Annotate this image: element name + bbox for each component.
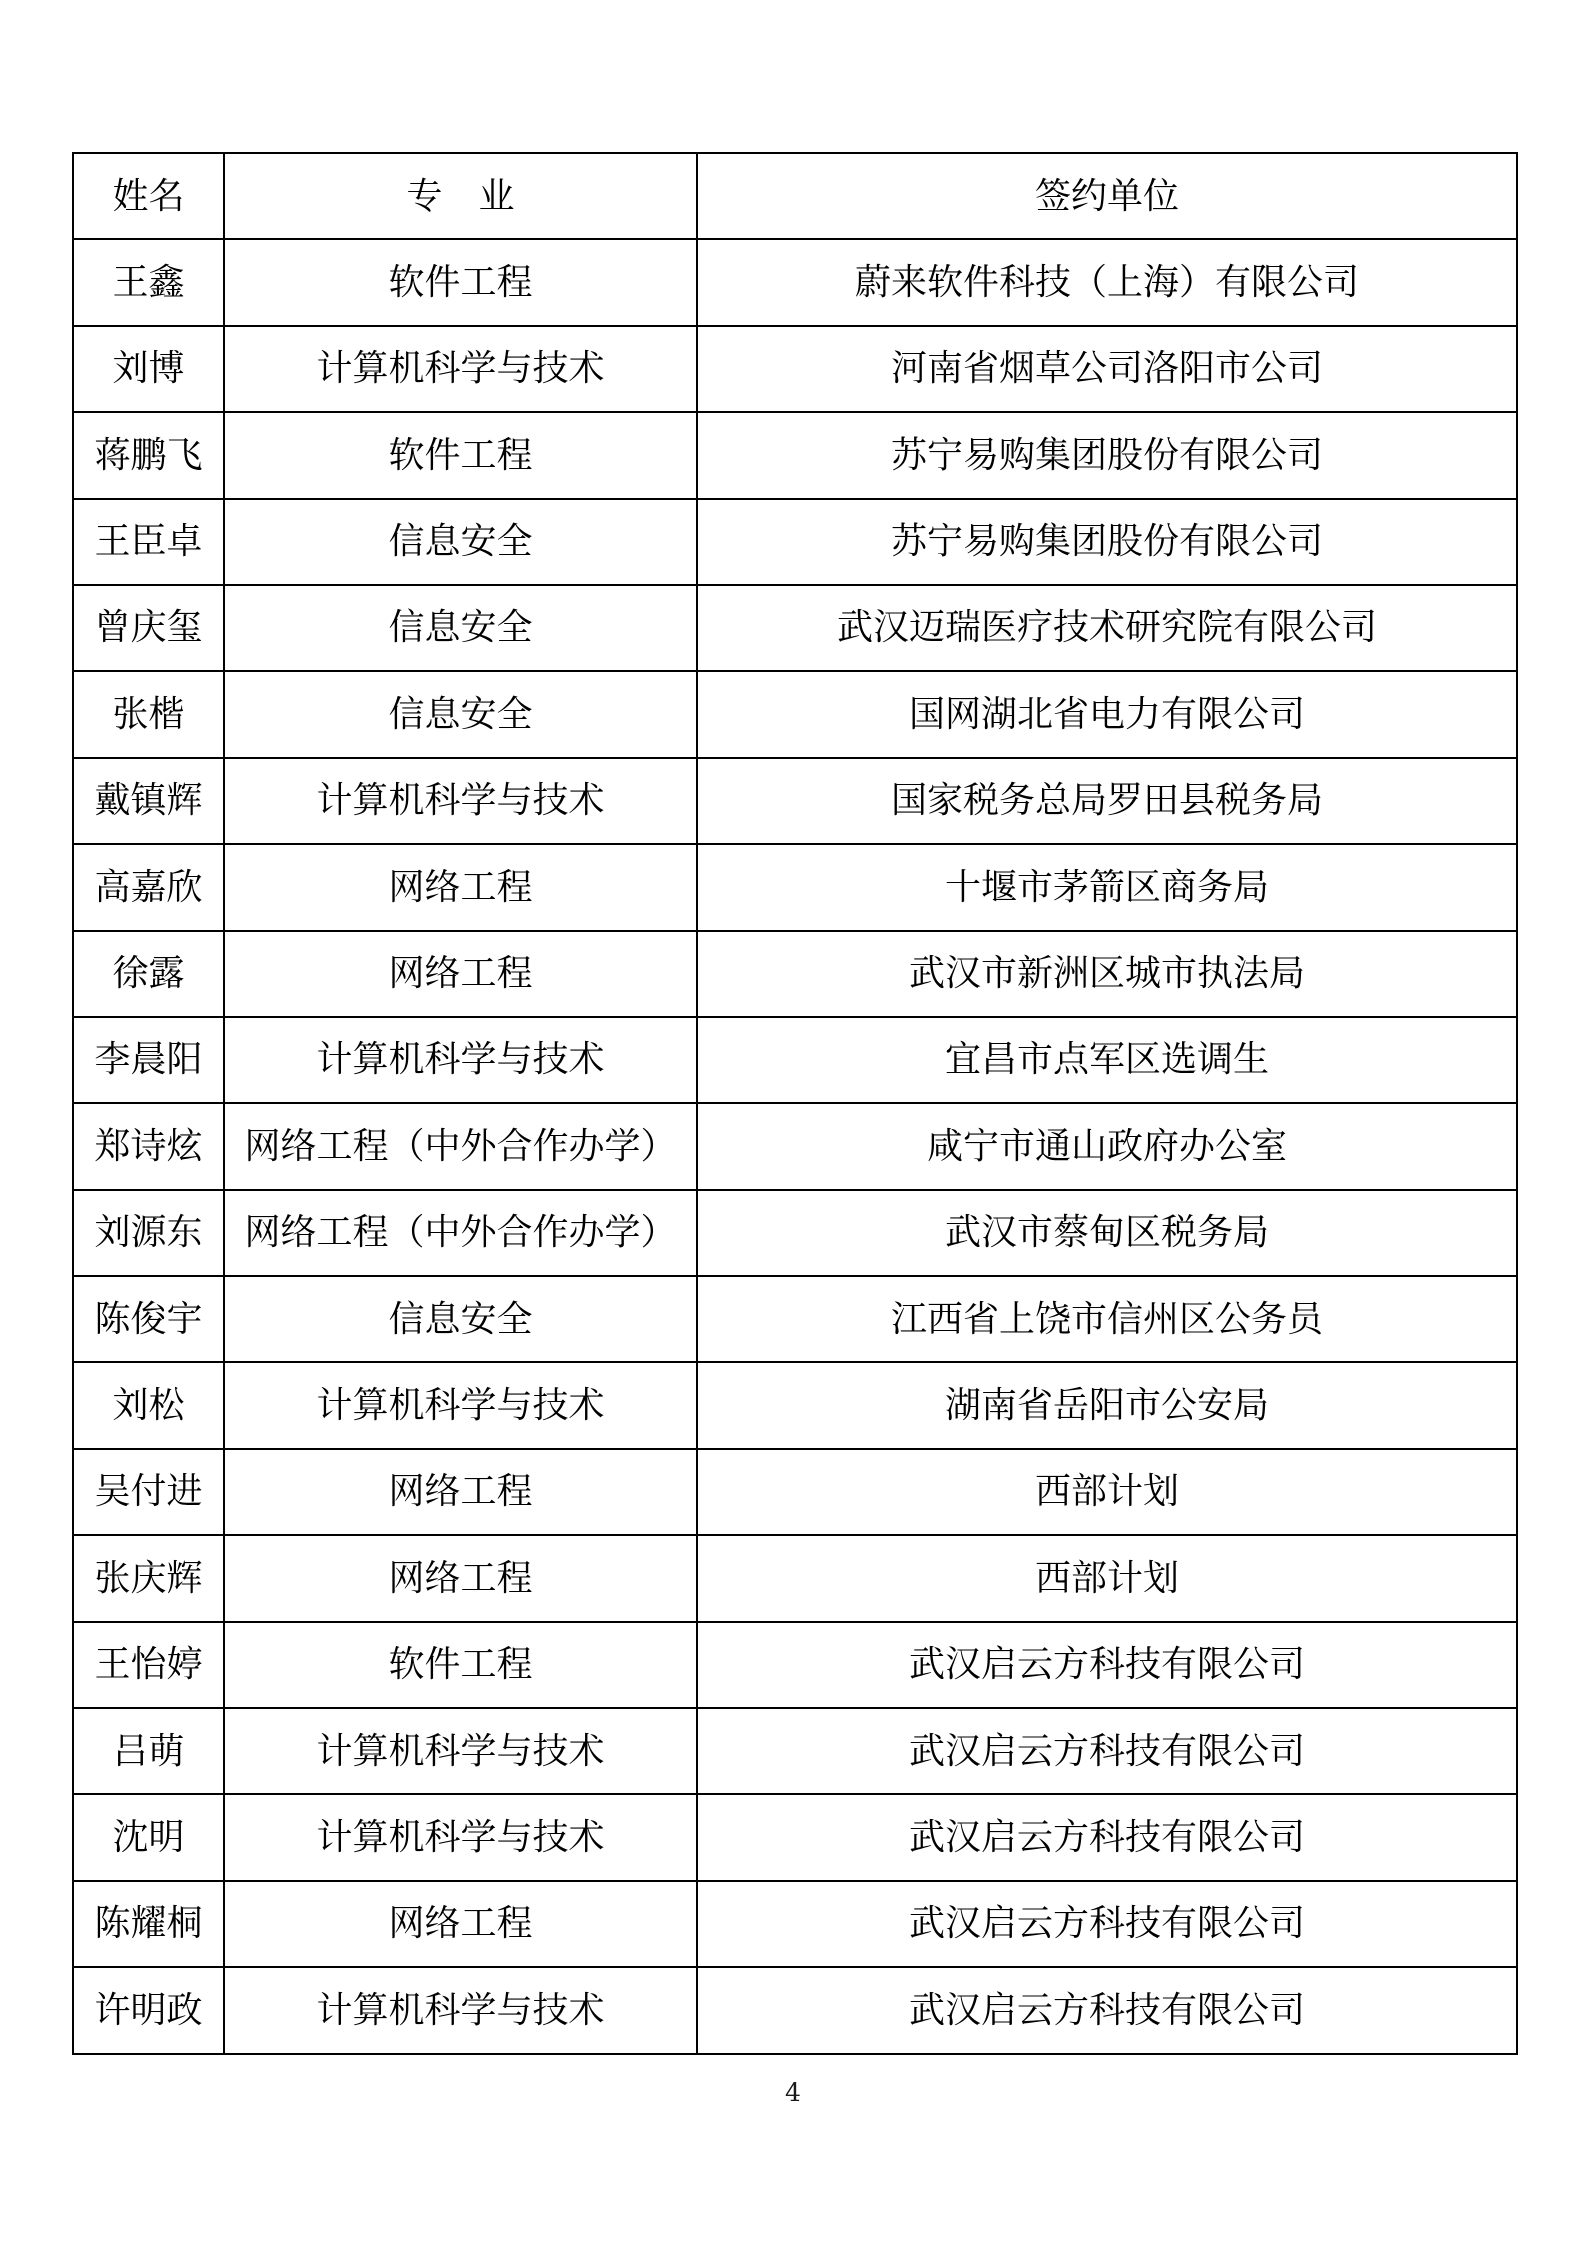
signing-table: 姓名 专 业 签约单位 王鑫 软件工程 蔚来软件科技（上海）有限公司 刘博 计算… — [72, 152, 1518, 2055]
document-page: 姓名 专 业 签约单位 王鑫 软件工程 蔚来软件科技（上海）有限公司 刘博 计算… — [0, 0, 1586, 2245]
table-row: 刘源东 网络工程（中外合作办学） 武汉市蔡甸区税务局 — [73, 1190, 1517, 1276]
table-row: 刘松 计算机科学与技术 湖南省岳阳市公安局 — [73, 1362, 1517, 1448]
major-cell: 信息安全 — [224, 499, 697, 585]
name-cell: 曾庆玺 — [73, 585, 224, 671]
table-row: 张楷 信息安全 国网湖北省电力有限公司 — [73, 671, 1517, 757]
major-cell: 网络工程 — [224, 1535, 697, 1621]
major-cell: 网络工程 — [224, 1881, 697, 1967]
name-cell: 刘博 — [73, 326, 224, 412]
major-cell: 网络工程（中外合作办学） — [224, 1103, 697, 1189]
page-number: 4 — [785, 2078, 801, 2107]
major-cell: 软件工程 — [224, 412, 697, 498]
table-row: 刘博 计算机科学与技术 河南省烟草公司洛阳市公司 — [73, 326, 1517, 412]
name-cell: 郑诗炫 — [73, 1103, 224, 1189]
major-cell: 信息安全 — [224, 1276, 697, 1362]
employer-cell: 河南省烟草公司洛阳市公司 — [697, 326, 1517, 412]
header-name: 姓名 — [73, 153, 224, 239]
table-body: 王鑫 软件工程 蔚来软件科技（上海）有限公司 刘博 计算机科学与技术 河南省烟草… — [73, 239, 1517, 2053]
name-cell: 陈耀桐 — [73, 1881, 224, 1967]
major-cell: 计算机科学与技术 — [224, 1362, 697, 1448]
name-cell: 王臣卓 — [73, 499, 224, 585]
employer-cell: 武汉市新洲区城市执法局 — [697, 931, 1517, 1017]
table-row: 张庆辉 网络工程 西部计划 — [73, 1535, 1517, 1621]
employer-cell: 湖南省岳阳市公安局 — [697, 1362, 1517, 1448]
table-row: 高嘉欣 网络工程 十堰市茅箭区商务局 — [73, 844, 1517, 930]
table-row: 郑诗炫 网络工程（中外合作办学） 咸宁市通山政府办公室 — [73, 1103, 1517, 1189]
major-cell: 计算机科学与技术 — [224, 1967, 697, 2053]
employer-cell: 武汉启云方科技有限公司 — [697, 1622, 1517, 1708]
table-row: 沈明 计算机科学与技术 武汉启云方科技有限公司 — [73, 1794, 1517, 1880]
employer-cell: 咸宁市通山政府办公室 — [697, 1103, 1517, 1189]
name-cell: 张庆辉 — [73, 1535, 224, 1621]
major-cell: 计算机科学与技术 — [224, 326, 697, 412]
major-cell: 软件工程 — [224, 239, 697, 325]
name-cell: 陈俊宇 — [73, 1276, 224, 1362]
header-row: 姓名 专 业 签约单位 — [73, 153, 1517, 239]
employer-cell: 国家税务总局罗田县税务局 — [697, 758, 1517, 844]
major-cell: 网络工程 — [224, 1449, 697, 1535]
major-cell: 网络工程 — [224, 844, 697, 930]
name-cell: 张楷 — [73, 671, 224, 757]
employer-cell: 十堰市茅箭区商务局 — [697, 844, 1517, 930]
name-cell: 高嘉欣 — [73, 844, 224, 930]
name-cell: 许明政 — [73, 1967, 224, 2053]
major-cell: 计算机科学与技术 — [224, 1017, 697, 1103]
employer-cell: 蔚来软件科技（上海）有限公司 — [697, 239, 1517, 325]
employer-cell: 苏宁易购集团股份有限公司 — [697, 412, 1517, 498]
major-cell: 计算机科学与技术 — [224, 758, 697, 844]
name-cell: 蒋鹏飞 — [73, 412, 224, 498]
name-cell: 沈明 — [73, 1794, 224, 1880]
name-cell: 戴镇辉 — [73, 758, 224, 844]
employer-cell: 武汉启云方科技有限公司 — [697, 1881, 1517, 1967]
major-cell: 信息安全 — [224, 671, 697, 757]
table-row: 王鑫 软件工程 蔚来软件科技（上海）有限公司 — [73, 239, 1517, 325]
table-row: 吴付进 网络工程 西部计划 — [73, 1449, 1517, 1535]
table-row: 陈耀桐 网络工程 武汉启云方科技有限公司 — [73, 1881, 1517, 1967]
header-major: 专 业 — [224, 153, 697, 239]
table-row: 王臣卓 信息安全 苏宁易购集团股份有限公司 — [73, 499, 1517, 585]
table-row: 徐露 网络工程 武汉市新洲区城市执法局 — [73, 931, 1517, 1017]
table-row: 许明政 计算机科学与技术 武汉启云方科技有限公司 — [73, 1967, 1517, 2053]
name-cell: 吕萌 — [73, 1708, 224, 1794]
table-row: 陈俊宇 信息安全 江西省上饶市信州区公务员 — [73, 1276, 1517, 1362]
major-cell: 计算机科学与技术 — [224, 1708, 697, 1794]
header-employer: 签约单位 — [697, 153, 1517, 239]
major-cell: 网络工程 — [224, 931, 697, 1017]
name-cell: 刘松 — [73, 1362, 224, 1448]
name-cell: 徐露 — [73, 931, 224, 1017]
table-row: 曾庆玺 信息安全 武汉迈瑞医疗技术研究院有限公司 — [73, 585, 1517, 671]
employer-cell: 武汉迈瑞医疗技术研究院有限公司 — [697, 585, 1517, 671]
table-row: 李晨阳 计算机科学与技术 宜昌市点军区选调生 — [73, 1017, 1517, 1103]
name-cell: 王鑫 — [73, 239, 224, 325]
employer-cell: 武汉启云方科技有限公司 — [697, 1967, 1517, 2053]
employer-cell: 苏宁易购集团股份有限公司 — [697, 499, 1517, 585]
name-cell: 王怡婷 — [73, 1622, 224, 1708]
name-cell: 刘源东 — [73, 1190, 224, 1276]
name-cell: 吴付进 — [73, 1449, 224, 1535]
table-row: 蒋鹏飞 软件工程 苏宁易购集团股份有限公司 — [73, 412, 1517, 498]
major-cell: 信息安全 — [224, 585, 697, 671]
employer-cell: 宜昌市点军区选调生 — [697, 1017, 1517, 1103]
name-cell: 李晨阳 — [73, 1017, 224, 1103]
major-cell: 网络工程（中外合作办学） — [224, 1190, 697, 1276]
employer-cell: 国网湖北省电力有限公司 — [697, 671, 1517, 757]
employer-cell: 武汉市蔡甸区税务局 — [697, 1190, 1517, 1276]
table-row: 戴镇辉 计算机科学与技术 国家税务总局罗田县税务局 — [73, 758, 1517, 844]
major-cell: 计算机科学与技术 — [224, 1794, 697, 1880]
employer-cell: 西部计划 — [697, 1449, 1517, 1535]
page-footer: 4 — [0, 2078, 1586, 2107]
employer-cell: 西部计划 — [697, 1535, 1517, 1621]
major-cell: 软件工程 — [224, 1622, 697, 1708]
table-row: 王怡婷 软件工程 武汉启云方科技有限公司 — [73, 1622, 1517, 1708]
employer-cell: 武汉启云方科技有限公司 — [697, 1794, 1517, 1880]
employer-cell: 武汉启云方科技有限公司 — [697, 1708, 1517, 1794]
table-row: 吕萌 计算机科学与技术 武汉启云方科技有限公司 — [73, 1708, 1517, 1794]
employer-cell: 江西省上饶市信州区公务员 — [697, 1276, 1517, 1362]
